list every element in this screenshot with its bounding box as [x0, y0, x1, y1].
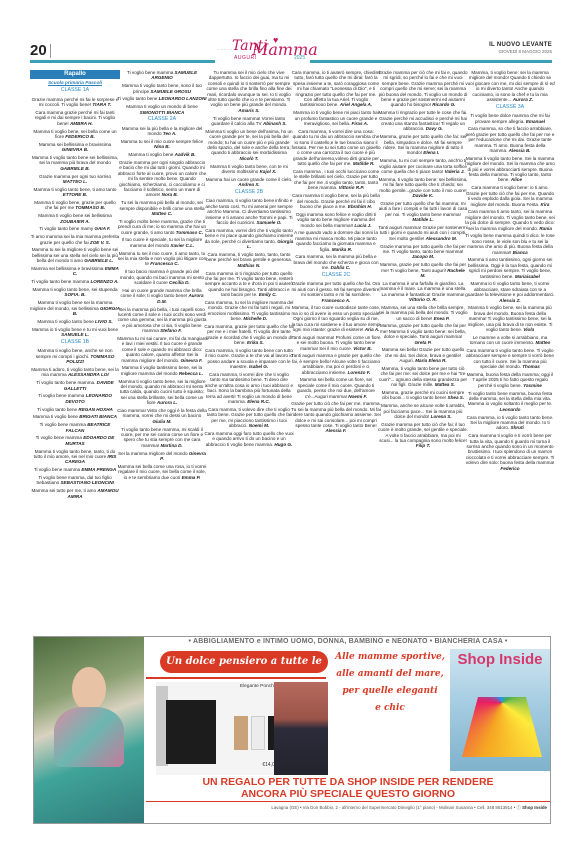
- child-name: Emanuel: [526, 119, 545, 124]
- child-name: SEBASTIANO LEONCINI: [60, 480, 113, 485]
- message-text: Cara mamma ti voglio e ti vorrò bene per…: [466, 433, 555, 465]
- message-item: Mamma ti voglio bene, grazie per quello …: [30, 200, 120, 211]
- message-item: Mamma sei bellissima e bravissima EMMA C…: [30, 266, 120, 277]
- message-item: Ti voglio bene mamma EMMA PRENGA: [30, 467, 120, 472]
- header-rule-left: [30, 60, 215, 63]
- message-item: Cara mamma, ti vorrei dire che ti voglio…: [204, 372, 294, 404]
- message-item: Ti voglio molto bene mamma, grazie che t…: [117, 219, 207, 235]
- message-text: Mamma ti voglio bene: [33, 414, 78, 419]
- child-name: Jacopo M.: [412, 254, 434, 259]
- message-text: Mamma ti voglio tanto bene sei bellissim…: [32, 155, 118, 165]
- article-columns: Rapallo Scuola primaria Pascoli CLASSE 1…: [30, 70, 552, 628]
- message-item: Grazie mamma per tutto quello che fai pe…: [378, 244, 468, 260]
- page-number: 20: [30, 42, 47, 59]
- child-name: EMMA PRENGA: [81, 467, 116, 472]
- child-name: Teo A.: [163, 131, 177, 136]
- child-name: Mariaisabel: [515, 274, 540, 279]
- column-6: Mamma, ti voglio bene: sei la mamma migl…: [465, 70, 555, 628]
- message-item: Il tuo bacio mamma è grande più del mond…: [117, 269, 207, 285]
- child-name: Maria Elena R.: [415, 358, 446, 363]
- ad-footer-divider: [146, 801, 550, 802]
- message-text: Ti voglio bene mamma: [40, 422, 86, 427]
- child-name: Alessia B.: [509, 148, 531, 153]
- message-text: Grazie mamma per tutto quello che fai. O…: [291, 281, 380, 297]
- message-item: Mamma tu sei la migliore ti voglio bene …: [30, 247, 120, 263]
- message-text: Mamma, grazie per tutto quello che fai p…: [380, 323, 466, 339]
- message-item: Mamma ti voglio bene sei la mamma miglio…: [30, 300, 120, 316]
- message-item: Cara mamma, io ti aiuterò sempre, chiedi…: [291, 70, 381, 108]
- newspaper-name: IL NUOVO LEVANTE: [489, 42, 552, 48]
- message-item: Mamma ti voglio bene, anche se non sempr…: [30, 348, 120, 364]
- message-text: Tu mamma sei il mio cielo che vive dappe…: [206, 70, 291, 107]
- message-item: Mamma ti voglio tanto bene, sono il tuo …: [117, 83, 207, 94]
- column-1: Rapallo Scuola primaria Pascoli CLASSE 1…: [30, 70, 120, 628]
- child-name: Bianca: [513, 250, 528, 255]
- page-number-divider: [50, 44, 51, 58]
- message-text: Mamma sei tutto per me, ti amo: [31, 488, 96, 493]
- column-5: Grazie mamma per ciò che mi fai e, quand…: [378, 70, 468, 628]
- message-item: Mamma hai un cuore grande come il cielo.…: [204, 177, 294, 188]
- ad-headline: UN REGALO PER TUTTE DA SHOP INSIDE PER R…: [146, 776, 550, 800]
- message-item: Mamma ti voglio bene, sei la mamma più b…: [465, 305, 555, 332]
- message-item: Mamma ti voglio tanto bene sei bellissim…: [30, 155, 120, 171]
- ad-contact-footer: Lavagna (GE) • Via Don Bobbio, 2 - all'i…: [146, 805, 550, 811]
- message-text: Mamma, anche se alcune volte ti arrabbi,…: [381, 403, 465, 419]
- section-title: Rapallo: [30, 70, 120, 79]
- child-name: Michelle D.: [243, 316, 267, 321]
- message-text: Grazie per tutto quello che fai mamma; m…: [379, 201, 468, 217]
- message-item: A me quando vado a dormire dai nonni la …: [291, 230, 381, 252]
- script-line-3: per quelle eleganti: [334, 683, 446, 700]
- child-name: Matilde L.: [412, 217, 433, 222]
- shop-inside-logo-panel: Shop Inside: [450, 649, 550, 771]
- child-name: BRIGATI BIANCA: [79, 414, 117, 419]
- child-name: Elena I.: [423, 150, 439, 155]
- message-item: Mamma ti voglio tanto bene, con te mi di…: [204, 164, 294, 175]
- child-name: Thomas: [522, 364, 540, 369]
- message-text: Grazie mamma per ogni tuo sorriso: [39, 174, 111, 179]
- script-line-2: alle amanti del mare,: [334, 666, 446, 683]
- child-name: REGAN HOXHA: [78, 407, 112, 412]
- column-2: Ti voglio bene mamma SAMUELE ARGENIOMamm…: [117, 70, 207, 628]
- child-name: Aurora L.: [157, 400, 177, 405]
- message-item: Ti voglio bene mamma! Vorrei tanto guard…: [204, 116, 294, 127]
- message-item: Tanti auguri mamma e grazie per quello c…: [291, 353, 381, 375]
- message-item: Tanti auguri mamma! Profumi come un fior…: [291, 335, 381, 351]
- child-name: Kajol X.: [260, 169, 277, 174]
- message-item: Cara mamma, vorrei dirti che ti voglio t…: [204, 228, 294, 250]
- message-text: Mamma sei bellissima e bravissima: [31, 266, 103, 271]
- message-text: Cara mamma io ti ringrazio per tutto que…: [205, 271, 293, 298]
- message-text: Ti voglio bene mamma: [127, 70, 173, 75]
- message-item: Ti voglio bene mamma SAMUELE ARGENIO: [117, 70, 207, 81]
- message-item: Cara mamma, ti vorrei dire una cosa: qua…: [291, 129, 381, 167]
- message-item: Mamma, buona festa della mamma; oggi il …: [465, 372, 555, 388]
- child-name: Ariel Angela A.: [340, 102, 372, 107]
- column-4: Cara mamma, io ti aiuterò sempre, chiedi…: [291, 70, 381, 628]
- child-name: Mathias N.: [238, 263, 261, 268]
- child-name: Firas A.: [352, 121, 369, 126]
- masthead: IL NUOVO LEVANTE GIOVEDÌ 8 MAGGIO 2025: [489, 42, 552, 54]
- message-text: Cara mamma , i tuoi occhi luccicano come…: [293, 169, 379, 190]
- ad-footer-brand: Shop Inside: [522, 805, 547, 810]
- message-item: Cara mamma, grazie per tutto quello che …: [204, 324, 294, 346]
- child-name: Vittorio O. R.: [409, 297, 437, 302]
- message-text: Cara mamma, ti voglio tanto, tanto, tant…: [206, 252, 292, 262]
- message-item: Mamma ti voglio tanto bene LIVIO S.: [30, 319, 120, 324]
- message-item: Hai un cuore grande mamma che brilla com…: [117, 288, 207, 304]
- class-heading: CLASSE 2C: [291, 273, 381, 278]
- child-name: Vittorio R.P.: [339, 185, 365, 190]
- child-name: Abinash S.: [263, 121, 287, 126]
- message-text: Mamma ti voglio tanto bene, sei stupenda: [32, 287, 117, 292]
- message-item: Cara mamma, sei la mamma più bella e bra…: [291, 254, 381, 270]
- message-item: Cara mamma , i tuoi occhi luccicano come…: [291, 169, 381, 191]
- message-item: Mamma ti voglio un mondo di bene SIMONOT…: [117, 104, 207, 115]
- message-text: Ti voglio tanto bene mamma, buona festa …: [468, 391, 553, 407]
- child-name: Victor B.: [353, 346, 372, 351]
- ad-model-photo: [274, 682, 328, 775]
- message-text: Mamma ti voglio bene: [128, 152, 173, 157]
- child-name: Federico: [500, 466, 519, 471]
- child-name: SIMONOTTI BIANCA: [140, 110, 185, 115]
- message-text: Ti voglio tanto bene: [117, 96, 157, 101]
- child-name: TIARA T.: [92, 102, 111, 107]
- message-item: Cara mamma, tu sei la migliore mamma del…: [204, 300, 294, 322]
- message-text: Mamma ti voglio tanto bene, tanto, ti do…: [34, 449, 116, 459]
- shopping-bags-icon: [462, 697, 542, 757]
- headline-line-1: UN REGALO PER TUTTE DA SHOP INSIDE PER R…: [146, 776, 550, 788]
- child-name: Ebrahim H.: [348, 204, 372, 209]
- child-name: MATTEO L.: [63, 179, 87, 184]
- message-item: Ti voglio tanto bene mamma, mi scaldi il…: [117, 427, 207, 449]
- child-name: Greta P.: [414, 340, 431, 345]
- message-text: Grazie mamma per tutto quello che fai pe…: [380, 244, 466, 254]
- message-item: Cara mamma ti voglio bene, sei la più be…: [291, 193, 381, 209]
- poncho-image: [166, 700, 216, 764]
- shop-inside-advertisement[interactable]: • ABBIGLIAMENTO e INTIMO UOMO, DONNA, BA…: [33, 636, 551, 824]
- message-item: Cara mamma, ti voglio tanto, tanto, tant…: [204, 252, 294, 268]
- message-text: Mamma ti voglio tanto bene: [37, 319, 93, 324]
- child-name: Alessia F.: [326, 428, 347, 433]
- child-name: Viola: [523, 327, 534, 332]
- message-text: Ti voglio tanto bene mamy: [39, 226, 93, 231]
- message-item: Ti voglio tanto bene mamma. DAVIDE GALLE…: [30, 380, 120, 391]
- child-name: Ricardo G.: [432, 102, 455, 107]
- swatch-beige: [234, 716, 248, 750]
- child-name: SOFIA. B.: [64, 292, 85, 297]
- message-item: Mamma ti voglio tantissimo bene, sei la …: [117, 365, 207, 376]
- message-item: Mamma sei bellissima e bravissima GINEVR…: [30, 142, 120, 153]
- class-heading: CLASSE 3A: [465, 105, 555, 110]
- child-name: Kira: [541, 202, 550, 207]
- child-name: Emily C.: [259, 292, 277, 297]
- message-item: Mamma ti adoro, ti voglio tanto bene, se…: [30, 367, 120, 378]
- message-text: Grazie mamma per tutto ciò che fai; il t…: [378, 422, 468, 443]
- ad-slogan-pill: Un dolce pensiero a tutte le mamme: [160, 651, 328, 673]
- message-item: Grazie mamma per ogni tuo sorriso MATTEO…: [30, 174, 120, 185]
- child-name: Matteo C.: [152, 211, 173, 216]
- message-text: Mamma ti voglio bene, sei la mamma più b…: [468, 305, 553, 332]
- message-text: Tu sei la mamma più bella al mondo, sei …: [119, 200, 204, 210]
- message-text: Mamma ti voglio un bene dell'anima, ho u…: [205, 129, 292, 156]
- logo-dots-right: ····: [294, 47, 306, 53]
- message-text: Grazie per tutto ciò che fai per me, mam…: [291, 401, 381, 428]
- message-text: Mamma sei bellissima e bravissima: [39, 142, 111, 147]
- issue-date: GIOVEDÌ 8 MAGGIO 2025: [489, 49, 552, 54]
- shop-inside-logo: Shop Inside: [452, 651, 548, 668]
- child-name: Matteo: [536, 340, 551, 345]
- message-text: Ti voglio bene mamma: [38, 393, 84, 398]
- message-item: Mamma ti voglio tanto bene, ti amo tanto…: [30, 187, 120, 198]
- message-text: Mamma, sei una stella che brilla sempre,…: [378, 305, 467, 321]
- child-name: Francesca C.: [150, 261, 179, 266]
- message-text: Mamma hai un cuore grande come il cielo.: [206, 177, 293, 182]
- class-heading: CLASSE 1B: [30, 340, 120, 345]
- message-text: Mamma, ti voglio bene: sei la mamma migl…: [465, 70, 554, 102]
- message-item: Grazie mamma perché mi fai le sorprese e…: [30, 97, 120, 108]
- child-name: LEONARDO LANZONI: [159, 96, 207, 101]
- ad-photo-face: [72, 667, 106, 711]
- message-item: Ti voglio bene mamma EDOARDO DE MURTAS: [30, 435, 120, 446]
- header-rule-right: [310, 60, 552, 63]
- message-item: Mamma ti voglio tanto bene, tanto, ti do…: [30, 449, 120, 465]
- logo-mamma-text: Mamma: [252, 40, 318, 59]
- message-item: Cara mamma, io ti voglio tanto tanto ben…: [465, 415, 555, 431]
- message-text: Ti voglio tanto bene mamma.: [36, 380, 95, 385]
- headline-line-2: ANCORA PIÙ SPECIALE QUESTO GIORNO: [146, 788, 550, 800]
- message-text: Cara mamma ti voglio tanto bene. Ti vogl…: [466, 348, 554, 369]
- message-item: Mamma, ti voglio bene: sei la mamma migl…: [465, 70, 555, 102]
- child-name: Nicolò T.: [239, 156, 258, 161]
- message-item: Ti voglio tanto bene mamy GAIA F.: [30, 226, 120, 231]
- message-text: Mamma ti voglio un mondo di bene: [126, 104, 198, 109]
- child-name: Erika S.: [247, 340, 264, 345]
- message-item: Grazie mamma per tutto quello che fai. O…: [291, 281, 381, 303]
- message-item: Mamma ti voglio bene Aadvik B.: [117, 152, 207, 157]
- logo-dots-left: ·····: [218, 47, 233, 53]
- child-name: Francesco A.: [322, 298, 351, 303]
- child-name: Amaris S.: [238, 108, 259, 113]
- message-item: Ti voglio bene mamma LEONARDO DEVOTO: [30, 393, 120, 404]
- message-item: Mamma ti voglio tanto bene. Sei la mamma…: [465, 156, 555, 183]
- child-name: Stefano F.: [160, 328, 182, 333]
- message-item: Mamma ti voglio un bene dell'anima, ho u…: [204, 129, 294, 161]
- message-item: Mamma sei tutto per me, ti amo AMAMOU AM…: [30, 488, 120, 499]
- ad-photo-woman: [34, 637, 144, 824]
- message-item: Mamma, anche se alcune volte ti arrabbi,…: [378, 403, 468, 419]
- child-name: ETTORE B.: [63, 192, 87, 197]
- swatch-white: [251, 716, 265, 750]
- message-item: Ti voglio bene mamma, dal tuo figlio Seb…: [30, 475, 120, 486]
- message-text: Ti voglio bene mamma quindi ti dico: le …: [465, 233, 554, 254]
- ad-divider: [146, 677, 326, 679]
- message-text: Ti voglio tanto bene mamma: [31, 279, 89, 284]
- message-item: Ti voglio bene dolce mamma che mi fai pr…: [465, 113, 555, 124]
- message-item: Mamma ti voglio bene BRIGATI BIANCA: [30, 414, 120, 419]
- message-item: Mamma tu sei il mio cuore sempre felice …: [117, 139, 207, 150]
- child-name: Lucia J.: [354, 223, 371, 228]
- child-name: Yasmine: [523, 383, 542, 388]
- child-name: Valeria J.: [445, 169, 465, 174]
- child-name: GAIA F.: [94, 226, 110, 231]
- child-name: Elena R.C.: [247, 399, 270, 404]
- child-name: Andrea X.: [238, 182, 259, 187]
- message-item: Cara mamma io ti ringrazio per tutto que…: [204, 271, 294, 298]
- message-item: La mamma è una farfalla in giardino. La …: [378, 281, 468, 303]
- child-name: Hugo G.: [274, 442, 292, 447]
- message-item: Grazie per tutto quello che fai mamma; m…: [378, 201, 468, 223]
- child-name: Matilde R.: [353, 161, 375, 166]
- class-heading: CLASSE 1A: [30, 88, 120, 93]
- ad-photo-scarf: [54, 707, 124, 767]
- message-item: Cara mamma ti voglio tanto bene. Ti vogl…: [465, 348, 555, 370]
- message-item: Mamma ti amo tantissimo, ogni giorno sei…: [465, 257, 555, 279]
- message-item: Ciao mamma! Visto che oggi è la festa de…: [117, 408, 207, 424]
- child-name: GINEVRA B.: [62, 147, 89, 152]
- child-name: ZOE V. S.: [90, 240, 110, 245]
- message-item: Grazie mamma per tutto ciò che fai; il t…: [378, 422, 468, 449]
- child-name: Alessia Z.: [499, 298, 520, 303]
- message-text: Ti voglio tanto bene: [37, 407, 77, 412]
- message-text: Mamma ti voglio tanto bene, ti amo tanto: [34, 187, 117, 192]
- message-text: Sei la mamma migliore del mondo: [118, 451, 187, 456]
- message-item: Tu sei la mamma più bella al mondo, sei …: [117, 200, 207, 216]
- message-item: Grazie mamma per ciò che mi fai e, quand…: [378, 70, 468, 108]
- message-item: Tu mamma sei il mio cielo che vive dappe…: [204, 70, 294, 113]
- message-item: Mamma io ti voglio bene e tu mi vuoi ben…: [30, 327, 120, 338]
- script-line-4: e chic: [334, 700, 446, 717]
- message-item: Sei la mamma migliore del mondo Ginevra …: [117, 451, 207, 462]
- message-item: Ti voglio bene mamma quindi ti dico: le …: [465, 233, 555, 255]
- message-item: Mamma sei bella come una rosa, io ti vor…: [117, 464, 207, 480]
- message-item: Mamma ti voglio bene, sei bella come un …: [30, 129, 120, 140]
- message-item: Mamma sei bella! Grazie per tutto quello…: [378, 347, 468, 363]
- child-name: Isabel G.: [249, 364, 268, 369]
- child-name: GABRIELE L.: [84, 258, 113, 263]
- message-item: Mamma ti voglio bene sei bellissima ZOUB…: [30, 213, 120, 224]
- child-name: Davy G.: [426, 126, 443, 131]
- child-name: Nina B.: [154, 144, 170, 149]
- message-item: Mamma, tu mi curi sempre tanto, anch'io …: [378, 158, 468, 174]
- child-name: LIVIO S.: [95, 319, 113, 324]
- script-line-1: Alle mamme sportive,: [334, 649, 446, 666]
- message-text: Ti voglio bene mamma: [36, 435, 82, 440]
- message-item: Ti voglio tanto bene mamma, buona festa …: [465, 391, 555, 413]
- child-name: Davide K.: [413, 193, 434, 198]
- message-text: Ti voglio bene mamma: [34, 467, 80, 472]
- child-name: Mattea S.: [435, 382, 455, 387]
- message-item: Mamma, il tuo cuore custodisce tante cos…: [291, 305, 381, 332]
- message-item: Mamma sei la più bella e la migliore del…: [117, 126, 207, 137]
- child-name: Aadvik B.: [175, 152, 196, 157]
- message-item: Grazie mamma per ogni singolo abbraccio …: [117, 160, 207, 198]
- child-name: TOMMASO B.: [75, 205, 105, 210]
- child-name: AMBRA H.: [70, 121, 93, 126]
- message-item: Il tuo cuore è speciale, tu sei la migli…: [117, 237, 207, 248]
- child-name: GABRIELE B.: [60, 166, 90, 171]
- message-item: Mamma, grazie per tutto quello che fai p…: [378, 323, 468, 345]
- message-item: Mamma, grazie per tutto quello che fai: …: [378, 134, 468, 156]
- message-text: Mamma io ti voglio tanto bene, ti vorrei…: [465, 281, 554, 297]
- message-item: Cara mamma ti voglio bene: io ti amo. Gr…: [465, 185, 555, 207]
- logo-year: 2025: [294, 55, 305, 61]
- child-name: Noemi M.: [249, 423, 269, 428]
- message-item: Ciao mamma, ti voglio tanto bene infinit…: [204, 198, 294, 225]
- child-name: Enea P.: [434, 316, 450, 321]
- message-item: Mamma io ti voglio bene mi piaci tanto h…: [291, 110, 381, 126]
- message-item: Mamma tu mi sai curare, mi fai da mangia…: [117, 336, 207, 363]
- child-name: Noemi F.: [348, 394, 367, 399]
- child-name: LORENZO A.: [90, 279, 118, 284]
- message-item: Tanti auguri mamma! Grazie per sostenerm…: [378, 225, 468, 241]
- child-name: Giulia M.: [152, 419, 171, 424]
- ad-script-text: Alle mamme sportive, alle amanti del mar…: [334, 649, 446, 717]
- message-item: Cara mamma oggi faro tutto quello che vu…: [204, 431, 294, 447]
- message-item: Cara mamma, ti volevo dire che ti voglio…: [204, 407, 294, 429]
- message-text: La mamma è una farfalla in giardino. La …: [379, 281, 466, 297]
- message-text: Mamma tu sei il mio cuore sempre felice: [121, 139, 203, 144]
- child-name: Filip T.: [416, 443, 430, 448]
- child-name: Marika R.: [332, 247, 352, 252]
- message-item: Mamma, sei una stella che brilla sempre,…: [378, 305, 468, 321]
- message-item: Ti voglio tanto bene LEONARDO LANZONI: [117, 96, 207, 101]
- child-name: Aurora Z.: [513, 97, 533, 102]
- school-name: Scuola primaria Pascoli: [30, 81, 120, 86]
- page-header: 20 ····· Tanti Mamma ♥ AUGURI 2025 ···· …: [30, 42, 552, 66]
- child-name: Shea S.: [448, 395, 465, 400]
- child-name: Rebecca L.: [179, 371, 203, 376]
- message-item: Ti voglio tanto bene REGAN HOXHA: [30, 407, 120, 412]
- ad-category-line: • ABBIGLIAMENTO e INTIMO UOMO, DONNA, BA…: [146, 638, 550, 645]
- message-text: Mamma ti ringrazio per tutte le cose che…: [378, 110, 467, 131]
- message-item: Cara mamma, ti voglio tanto bene con tut…: [204, 348, 294, 370]
- child-name: SAMUELE L.: [61, 332, 89, 337]
- message-item: Ti amo mamma sei la mia mamma preferita …: [30, 234, 120, 245]
- child-name: Nora B.: [162, 192, 178, 197]
- message-item: Mamma ti voglio tanto bene, sei la migli…: [117, 379, 207, 406]
- child-name: Alice: [511, 177, 522, 182]
- child-name: Emma P.: [182, 475, 201, 480]
- message-item: Le mamme a volte si arrabbiano, ma torna…: [465, 335, 555, 346]
- message-text: Ciao mamma! Visto che oggi è la festa de…: [117, 408, 207, 418]
- column-3: Tu mamma sei il mio cielo che vive dappe…: [204, 70, 294, 628]
- child-name: FEDERICO B.: [65, 134, 95, 139]
- message-item: Mamma, grazie per tutto quello che fai p…: [378, 262, 468, 278]
- child-name: Lorena S.: [431, 414, 452, 419]
- message-item: Mamma ti ringrazio per tutte le cose che…: [378, 110, 468, 132]
- child-name: Xavier C.L.: [170, 243, 194, 248]
- child-name: Ginevra F.: [181, 358, 203, 363]
- message-text: Mamma io ti voglio bene e tu mi vuoi ben…: [32, 327, 118, 332]
- child-name: ALESSANDRA LOI: [68, 372, 109, 377]
- message-item: Mamma, ti voglio tanto bene: sei belliss…: [378, 177, 468, 199]
- child-name: SAMUELE GROSU: [150, 89, 191, 94]
- child-name: Rania: [539, 226, 552, 231]
- message-item: Cara mamma grazie perché mi fai tanti re…: [30, 110, 120, 126]
- tanti-auguri-mamma-logo: ····· Tanti Mamma ♥ AUGURI 2025 ····: [218, 38, 310, 66]
- message-item: Oggi mamma sono felice e voglio dirti ti…: [291, 212, 381, 228]
- message-item: Cara mamma ti amo tanto, sei la mamma mi…: [465, 209, 555, 231]
- message-item: Mamma, grazie perché mi cucini sempre ci…: [378, 390, 468, 401]
- heart-icon: ♥: [273, 35, 278, 45]
- message-item: Grazie per tutto ciò che fai per me, mam…: [291, 401, 381, 433]
- child-name: Martina D.: [160, 443, 182, 448]
- message-text: Mamma, ti voglio tanto bene: sei belliss…: [379, 177, 468, 193]
- message-text: Mamma ti voglio bene sei bellissima: [38, 213, 112, 218]
- message-item: Mamma sei bella come un fiore, sei speci…: [291, 377, 381, 399]
- child-name: Lorenzo F.: [348, 370, 371, 375]
